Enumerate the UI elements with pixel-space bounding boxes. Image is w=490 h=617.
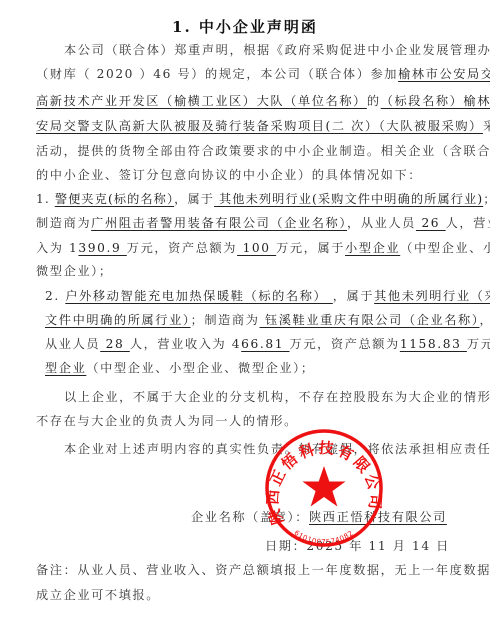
item2-line-4: 型企业（中型企业、小型企业、微型企业）； [45, 360, 452, 376]
item-number: 1. [36, 192, 50, 206]
staff-count: 26 [416, 216, 446, 230]
intro-line-1: 本公司（联合体）郑重声明，根据《政府采购促进中小企业发展管理办法》 [36, 42, 452, 58]
item-name: 户外移动智能充电加热保暖鞋（标的名称） [65, 289, 332, 303]
intro-text: （财库（ 2020 ）46 号）的规定，本公司（联合体）参加 [36, 67, 398, 81]
label: 日期： [265, 539, 306, 553]
page-title: 1. 中小企业声明函 [0, 16, 490, 37]
label: 制造商为 [36, 216, 91, 230]
intro-line-5: 活动，提供的货物全部由符合政策要求的中小企业制造。相关企业（含联合体中 [36, 143, 452, 159]
unit-name: 高新技术产业开发区（榆横工业区）大队（单位名称） [36, 94, 367, 108]
revenue: 66.81 [241, 337, 289, 351]
note-line-2: 成立企业可不填报。 [36, 587, 452, 603]
manufacturer: 钰溪鞋业重庆有限公司（企业名称） [260, 313, 480, 327]
intro-line-4: 安局交警支队高新大队被服及骑行装备采购项目(二 次）（大队被服采购）采购 [36, 118, 452, 134]
enterprise-size: 型企业 [45, 361, 86, 375]
note-line-1: 备注：从业人员、营业收入、资产总额填报上一年度数据，无上一年度数据的新 [36, 562, 452, 578]
label: 企业名称（盖章）： [191, 510, 309, 524]
enterprise-size: 小型企业 [345, 241, 400, 255]
intro-line-3: 高新技术产业开发区（榆横工业区）大队（单位名称）的（标段名称）榆林市公 [36, 93, 452, 109]
item2-line-2: 文件中明确的所属行业）；制造商为 钰溪鞋业重庆有限公司（企业名称）， [45, 312, 452, 328]
staff-count: 28 [100, 337, 130, 351]
item2-line-3: 从业人员 28 人，营业收入为 466.81 万元，资产总额为1158.83 万… [45, 336, 452, 352]
label: 人，营业收入为 4 [130, 337, 241, 351]
industry: 其他未列明行业(采购文件中明确的所属行业) [214, 192, 483, 206]
label: ，属于 [174, 192, 214, 206]
label: 从业人员 [45, 337, 100, 351]
item-number: 2. [45, 289, 60, 303]
label: ，从业人员 [347, 216, 416, 230]
unit-name: 榆林市公安局交警支队 [398, 67, 490, 81]
date-value: 2025 年 11 月 14 日 [306, 539, 450, 553]
assets: 1158.83 [400, 337, 467, 351]
intro-line-2: （财库（ 2020 ）46 号）的规定，本公司（联合体）参加榆林市公安局交警支队 [36, 66, 452, 82]
revenue: 390.9 [78, 241, 126, 255]
item1-line-3: 入为 1390.9 万元，资产总额为 100 万元，属于小型企业（中型企业、小型… [36, 240, 452, 256]
section-name: （标段名称）榆林市公 [381, 94, 490, 108]
company-name: 陕西正悟科技有限公司 [309, 510, 447, 524]
manufacturer: 广州阻击者警用装备有限公司（企业名称） [91, 216, 347, 230]
statement-line-3: 本企业对上述声明内容的真实性负责。如有虚假，将依法承担相应责任。 [36, 441, 452, 457]
label: 万元，属于 [467, 337, 490, 351]
intro-text: 的 [367, 94, 381, 108]
intro-text: 采购 [483, 119, 490, 133]
industry: 文件中明确的所属行业） [45, 313, 191, 327]
label: （中型企业、小型企业、 [400, 241, 490, 255]
item1-line-2: 制造商为广州阻击者警用装备有限公司（企业名称），从业人员 26 人，营业收 [36, 215, 452, 231]
statement-line-2: 不存在与大企业的负责人为同一人的情形。 [36, 413, 452, 429]
label: ， [479, 313, 490, 327]
item1-line-1: 1. 警便夹克(标的名称），属于 其他未列明行业(采购文件中明确的所属行业)； [36, 191, 452, 207]
item-name: 警便夹克(标的名称） [55, 192, 174, 206]
section-name: 安局交警支队高新大队被服及骑行装备采购项目(二 次）（大队被服采购） [36, 119, 483, 133]
label: 万元，属于 [276, 241, 345, 255]
document-page: 1. 中小企业声明函 本公司（联合体）郑重声明，根据《政府采购促进中小企业发展管… [0, 0, 490, 617]
signature-date: 日期：2025 年 11 月 14 日 [265, 538, 455, 554]
label: 人，营业收 [446, 216, 490, 230]
label: ，属于 [333, 289, 374, 303]
intro-text: 本公司（联合体）郑重声明，根据《政府采购促进中小企业发展管理办法》 [64, 43, 490, 57]
label: 万元，资产总额为 [290, 337, 400, 351]
item1-line-4: 微型企业）； [36, 263, 452, 279]
label: ；制造商为 [191, 313, 260, 327]
assets: 100 [237, 241, 276, 255]
industry: 其他未列明行业（采购 [374, 289, 490, 303]
label: 万元，资产总额为 [127, 241, 237, 255]
signature-company: 企业名称（盖章）：陕西正悟科技有限公司 [191, 509, 451, 525]
label: 入为 1 [36, 241, 78, 255]
item2-line-1: 2. 户外移动智能充电加热保暖鞋（标的名称） ，属于其他未列明行业（采购 [45, 288, 452, 304]
label: （中型企业、小型企业、微型企业）； [86, 361, 314, 375]
intro-line-6: 的中小企业、签订分包意向协议的中小企业）的具体情况如下： [36, 167, 452, 183]
statement-line-1: 以上企业，不属于大企业的分支机构，不存在控股股东为大企业的情形，也 [36, 389, 452, 405]
label: ； [483, 192, 490, 206]
